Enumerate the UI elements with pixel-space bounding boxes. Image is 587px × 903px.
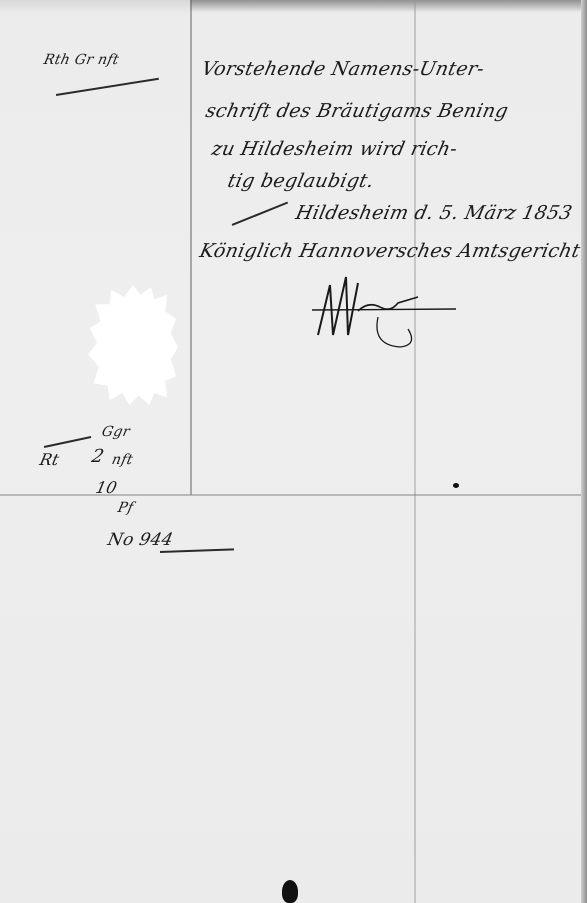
margin-note-top: Rth Gr nft bbox=[42, 52, 120, 68]
issuer-line: Königlich Hannoversches Amtsgericht bbox=[198, 240, 583, 262]
fold-line-vertical-left bbox=[190, 0, 192, 495]
fee-second-unit: Pf bbox=[116, 500, 135, 516]
embossed-seal bbox=[88, 285, 178, 405]
fee-rth: Rt bbox=[38, 450, 61, 469]
fee-unit: nft bbox=[110, 452, 134, 468]
ink-dot bbox=[453, 483, 459, 488]
fee-label-top: Ggr bbox=[100, 424, 131, 440]
ink-blot bbox=[282, 880, 298, 903]
fold-line-vertical-right bbox=[414, 0, 416, 903]
fold-line-horizontal bbox=[0, 494, 587, 496]
body-line-1: Vorstehende Namens-Unter- bbox=[200, 58, 487, 80]
document-page: Rth Gr nft Vorstehende Namens-Unter- sch… bbox=[0, 0, 587, 903]
fee-second-amount: 10 bbox=[94, 478, 119, 497]
body-line-2: schrift des Bräutigams Bening bbox=[204, 100, 511, 122]
fee-stroke bbox=[44, 436, 91, 447]
page-edge bbox=[581, 0, 587, 903]
body-line-4: tig beglaubigt. bbox=[226, 170, 376, 192]
fee-amount: 2 bbox=[90, 446, 106, 467]
signature-mark bbox=[308, 265, 458, 350]
page-top-shadow bbox=[190, 0, 587, 12]
margin-note-underline bbox=[56, 78, 159, 96]
dateline: Hildesheim d. 5. März 1853 bbox=[294, 202, 575, 224]
flourish-stroke bbox=[232, 202, 288, 226]
body-line-3: zu Hildesheim wird rich- bbox=[210, 138, 460, 160]
document-number: No 944 bbox=[106, 530, 175, 550]
